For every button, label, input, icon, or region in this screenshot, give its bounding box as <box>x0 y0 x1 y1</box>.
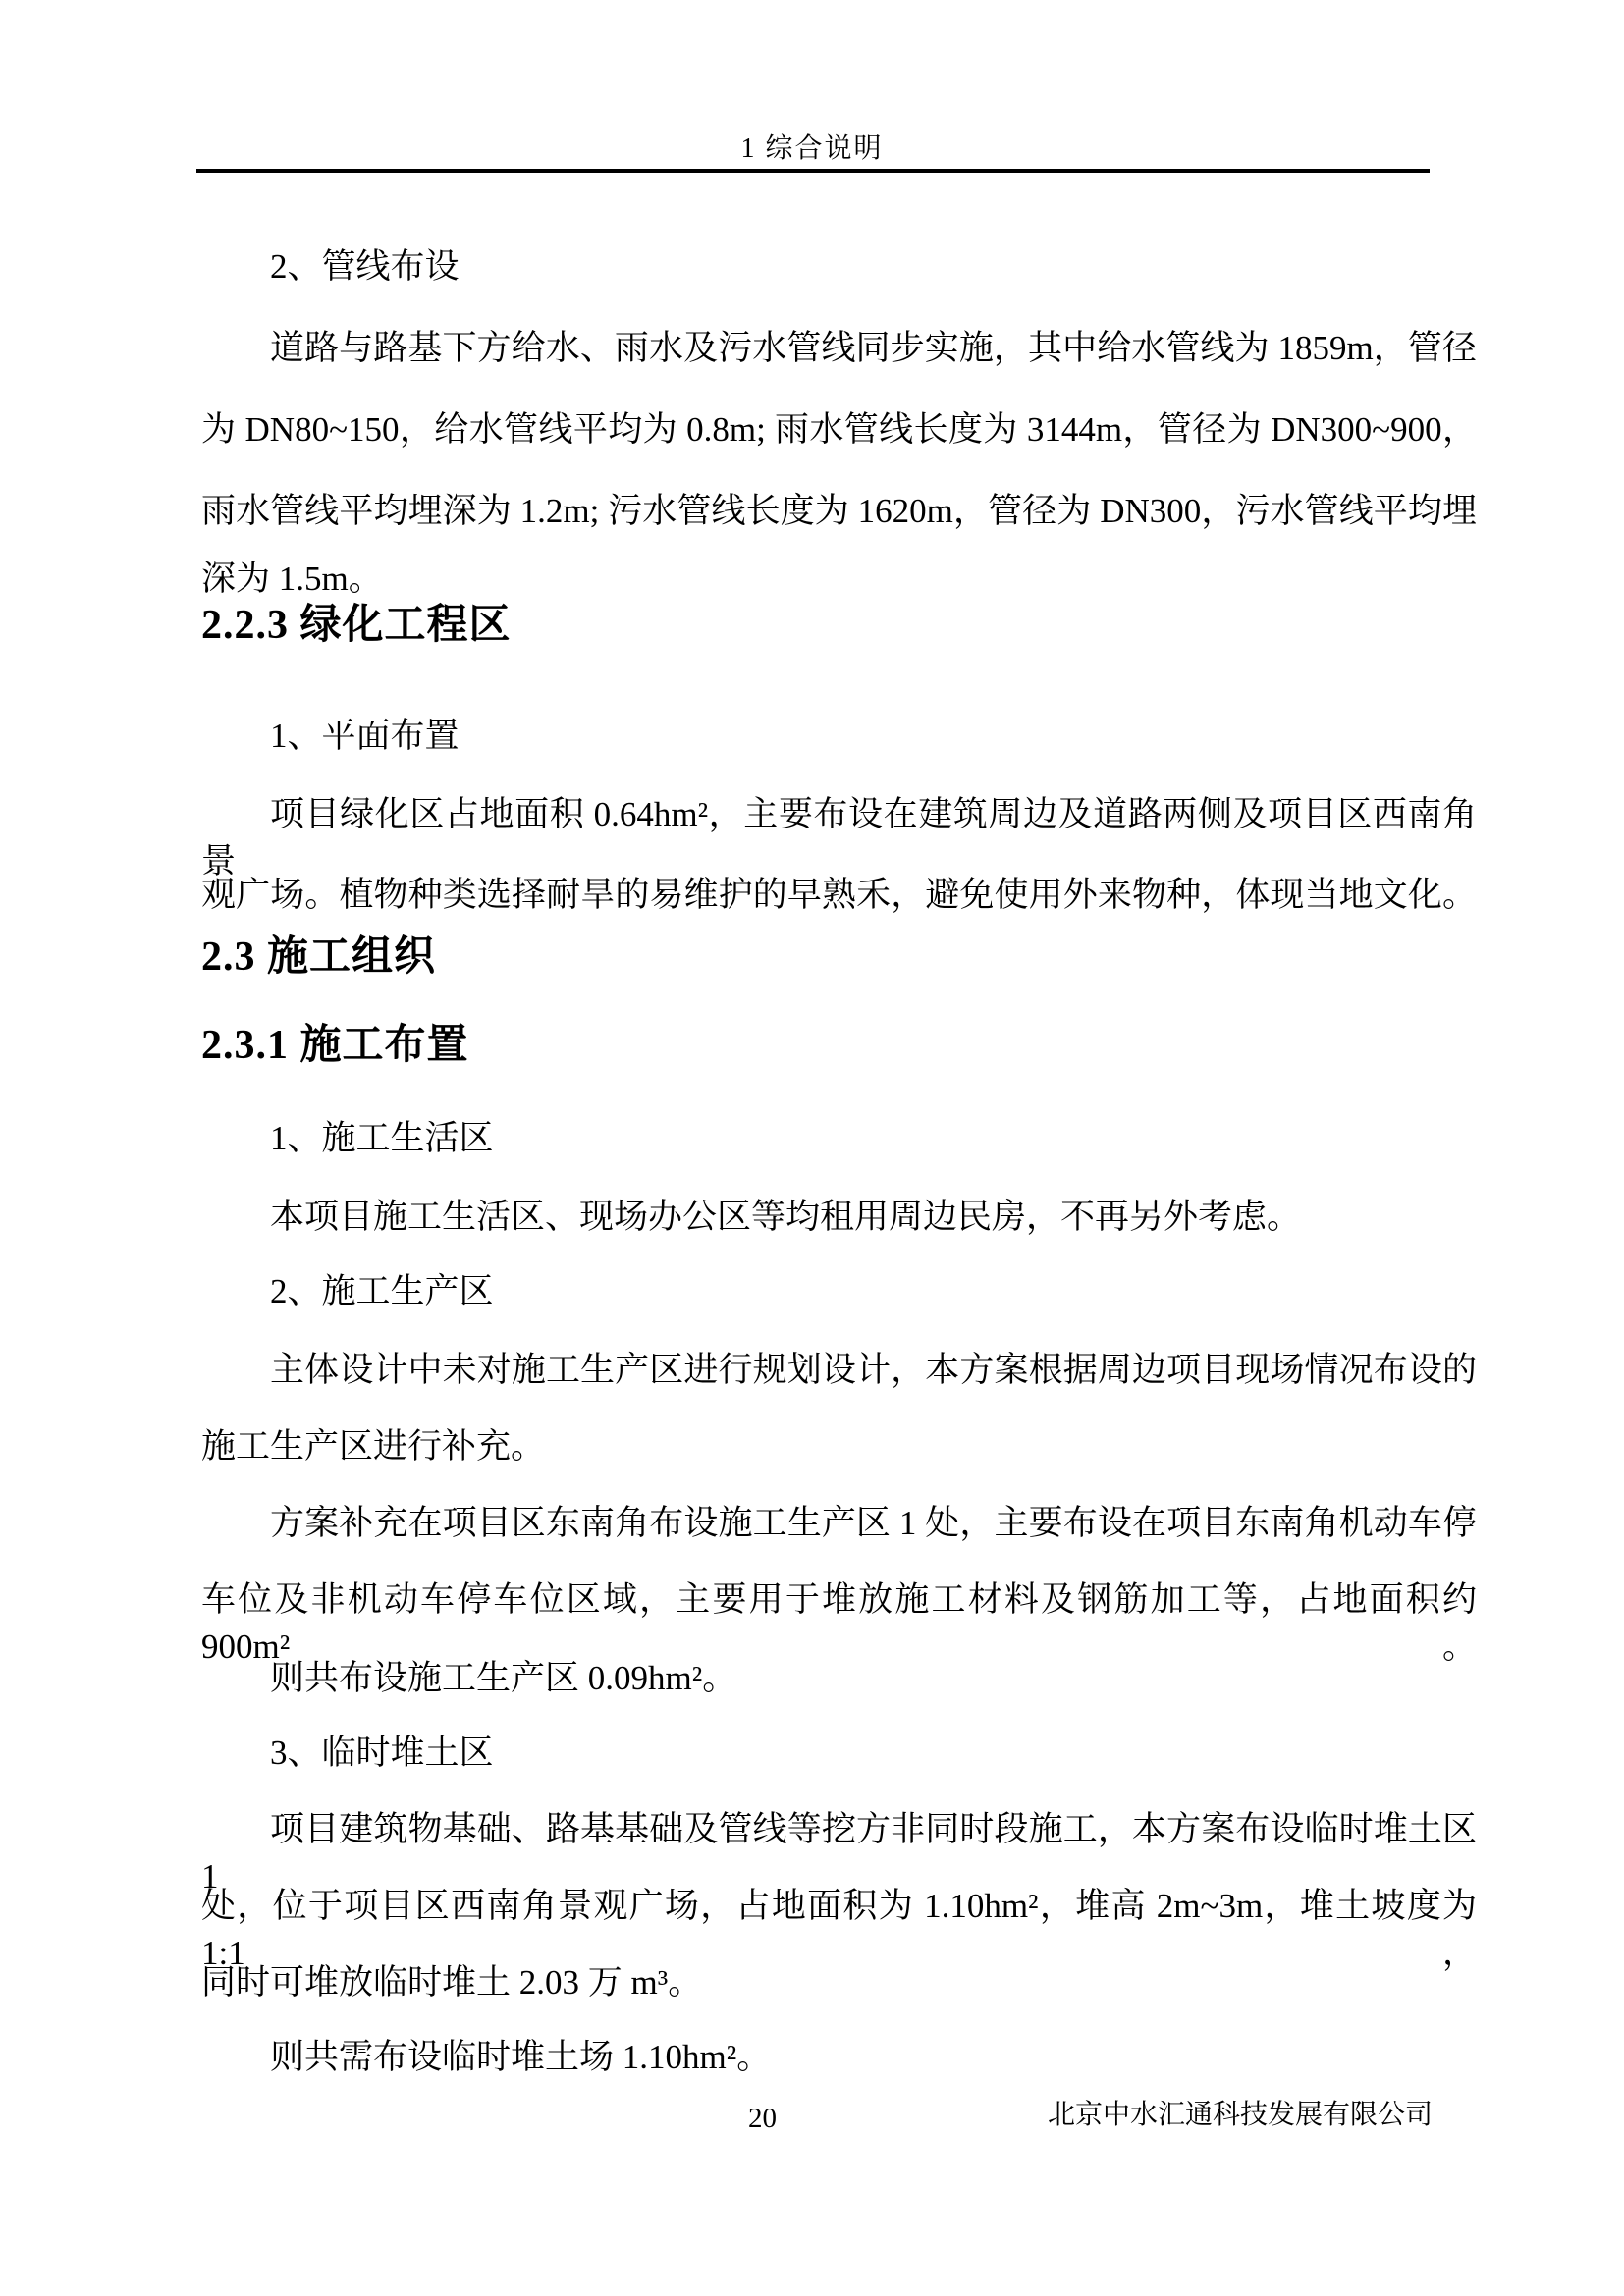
section-heading-2-3: 2.3 施工组织 <box>201 931 1477 984</box>
list-item-heading: 3、临时堆土区 <box>201 1730 1477 1777</box>
document-page: 1 综合说明 2、管线布设 道路与路基下方给水、雨水及污水管线同步实施，其中给水… <box>0 0 1624 2296</box>
body-line: 则共布设施工生产区 0.09hm²。 <box>201 1655 1477 1702</box>
list-item-heading: 1、平面布置 <box>201 713 1477 760</box>
list-item-heading: 2、管线布设 <box>201 243 1477 291</box>
body-line: 道路与路基下方给水、雨水及污水管线同步实施，其中给水管线为 1859m，管径 <box>201 325 1477 372</box>
section-heading-2-2-3: 2.2.3 绿化工程区 <box>201 599 1477 652</box>
list-item-heading: 1、施工生活区 <box>201 1115 1477 1162</box>
body-line: 同时可堆放临时堆土 2.03 万 m³。 <box>201 1959 1477 2006</box>
body-line: 主体设计中未对施工生产区进行规划设计，本方案根据周边项目现场情况布设的 <box>201 1347 1477 1394</box>
document-body: 2、管线布设 道路与路基下方给水、雨水及污水管线同步实施，其中给水管线为 185… <box>201 0 1477 2296</box>
body-line: 为 DN80~150，给水管线平均为 0.8m; 雨水管线长度为 3144m，管… <box>201 406 1477 454</box>
footer-page-number: 20 <box>748 2102 777 2135</box>
footer-company-name: 北京中水汇通科技发展有限公司 <box>1048 2099 1433 2132</box>
body-line: 方案补充在项目区东南角布设施工生产区 1 处，主要布设在项目东南角机动车停 <box>201 1500 1477 1547</box>
body-line: 则共需布设临时堆土场 1.10hm²。 <box>201 2034 1477 2081</box>
body-line: 雨水管线平均埋深为 1.2m; 污水管线长度为 1620m，管径为 DN300，… <box>201 488 1477 535</box>
body-line: 本项目施工生活区、现场办公区等均租用周边民房，不再另外考虑。 <box>201 1194 1477 1241</box>
body-line: 施工生产区进行补充。 <box>201 1423 1477 1470</box>
list-item-heading: 2、施工生产区 <box>201 1268 1477 1315</box>
body-line: 深为 1.5m。 <box>201 556 1477 603</box>
body-line: 观广场。植物种类选择耐旱的易维护的早熟禾，避免使用外来物种，体现当地文化。 <box>201 872 1477 919</box>
section-heading-2-3-1: 2.3.1 施工布置 <box>201 1019 1477 1072</box>
